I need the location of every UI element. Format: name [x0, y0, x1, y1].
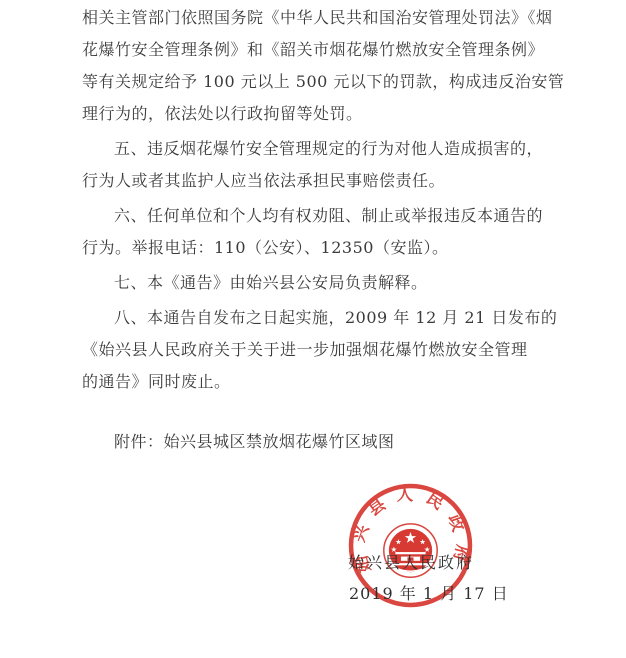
body-paragraph: 五、违反烟花爆竹安全管理规定的行为对他人造成损害的， 行为人或者其监护人应当依法…: [82, 133, 566, 197]
body-paragraph: 相关主管部门依照国务院《中华人民共和国治安管理处罚法》《烟 花爆竹安全管理条例》…: [82, 2, 566, 130]
body-paragraph: 七、本《通告》由始兴县公安局负责解释。: [82, 267, 566, 299]
body-paragraph: 六、任何单位和个人均有权劝阻、制止或举报违反本通告的 行为。举报电话：110（公…: [82, 200, 566, 264]
document-page: 相关主管部门依照国务院《中华人民共和国治安管理处罚法》《烟 花爆竹安全管理条例》…: [0, 0, 626, 658]
signature-issuer: 始兴县人民政府: [348, 550, 474, 573]
signature-date: 2019 年 1 月 17 日: [349, 581, 509, 604]
body-paragraph: 八、本通告自发布之日起实施，2009 年 12 月 21 日发布的 《始兴县人民…: [82, 302, 566, 398]
attachment-line: 附件：始兴县城区禁放烟花爆竹区域图: [82, 426, 566, 458]
document-body: 相关主管部门依照国务院《中华人民共和国治安管理处罚法》《烟 花爆竹安全管理条例》…: [82, 2, 566, 461]
